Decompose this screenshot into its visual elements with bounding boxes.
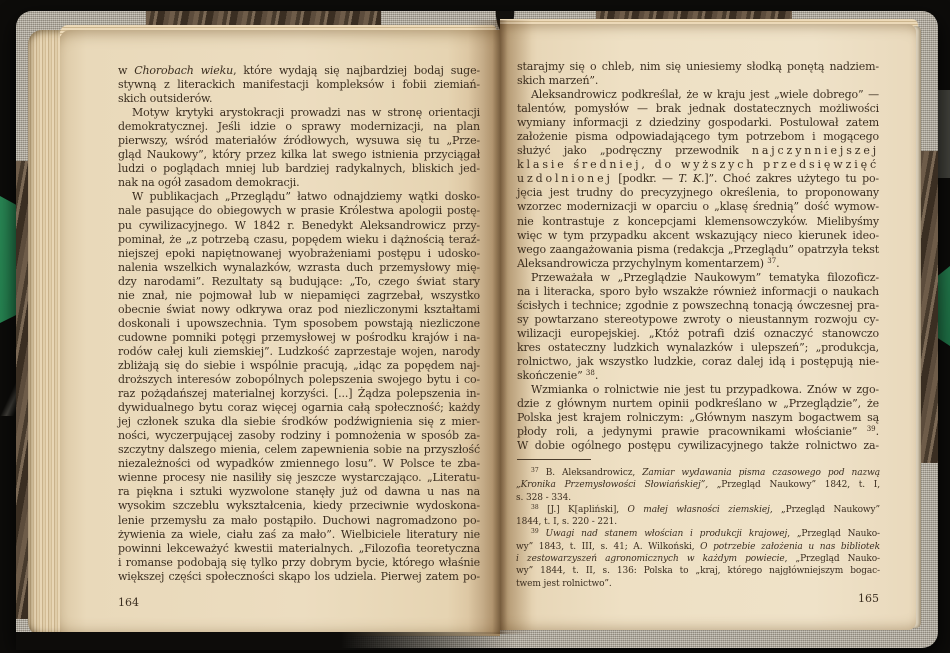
text-line: nale pasujące do obiegowych w prasie Kró… [118,204,480,218]
text-segment: 37 [767,257,776,265]
text-segment: Zamiar wydawania pisma czasowego pod naz… [642,468,880,478]
text-segment: Przeważała w „Przeglądzie Naukowym” tema… [531,271,879,284]
text-segment: ludzi o poglądach mniej lub bardziej rad… [118,162,480,175]
text-segment: powinni lekceważyć kwestii materialnych.… [118,542,480,555]
text-line: jej członek szuka dla siebie środków pod… [118,415,480,429]
text-segment: 38 [531,504,539,511]
text-segment: droższych interesów zobopólnych polepsze… [118,373,480,386]
text-line: wzorzec modernizacji w oparciu o „klasę … [517,200,879,214]
text-segment: T. K. [678,172,704,185]
text-line: doskonali i upowszechnia. Tym sposobem p… [118,317,480,331]
text-segment: ]”. Choć zakres użytego tu po- [704,172,879,185]
text-segment: nak na ogół zasadom demokracji. [118,176,299,189]
text-line: nie znał, nie pojmował lub w niepamięci … [118,289,480,303]
text-line: kres ostateczny ludzkich wynalazków i ul… [517,341,879,355]
footnote-line: s. 328 - 334. [516,492,880,504]
text-segment: większej części społeczności skąpo los u… [118,570,480,583]
text-segment: talentów, pomysłów — brak jednak dostate… [517,102,879,115]
text-line: stywną z literackich manifestacji komple… [118,78,480,92]
text-segment: skończenie” [517,369,586,382]
text-line: ności, wyczerpującej zasoby rodziny i po… [118,429,480,443]
text-line: Aleksandrowicza przychylnym komentarzem)… [517,257,879,271]
text-line: Przeważała w „Przeglądzie Naukowym” tema… [517,271,879,285]
text-line: niezależności od wypadków zmiennego losu… [118,457,480,471]
text-segment: ności, wyczerpującej zasoby rodziny i po… [118,429,480,442]
text-segment: na i literacka, sporo było wszakże równi… [517,285,879,298]
text-segment: pominał, że „z potrzebą czasu, popędem w… [118,233,480,246]
right-page-footnotes: 37 B. Aleksandrowicz, Zamiar wydawania p… [516,467,880,590]
right-page-text: starajmy się o chleb, nim się uniesiemy … [517,60,879,453]
left-page-text: w Chorobach wieku, które wydają się najb… [118,64,480,584]
text-segment: najczynniejszej [752,144,879,157]
text-segment: „Przegląd Naukowy” 1842, t. I, [717,480,880,490]
text-segment: niezależności od wypadków zmiennego losu… [118,457,480,470]
text-line: wilizacji europejskiej. „Któż potrafi dz… [517,327,879,341]
text-segment: rodów całej kuli ziemskiej”. Ludzkość za… [118,345,480,358]
text-line: ra piękna i sztuki wyzwolone stanęły już… [118,485,480,499]
text-segment: uzdolnionej [517,172,613,185]
text-line: dywidualnego bytu coraz więcej ogarnia c… [118,401,480,415]
text-segment: i romanse podobają się tylko przy dobrym… [118,556,480,569]
text-segment: , które wydają się najbardziej bodaj sug… [233,64,480,77]
text-segment: zbliżają się do siebie i wspólnie pracuj… [118,359,480,372]
text-line: dzy narodami”. Rezultaty są budujące: „T… [118,275,480,289]
text-segment: Uwagi nad stanem włościan i produkcji kr… [546,529,788,539]
text-segment: wy” 1844, t. II, s. 136: Polska to „kraj… [516,566,880,576]
text-segment: pu cywilizacyjnego. W 1842 r. Benedykt A… [118,219,480,232]
text-segment: płody roli, a jedynymi prawie pracownika… [517,425,867,438]
text-segment: s. 328 - 334. [516,493,571,503]
footnote-line: wy” 1843, t. III, s. 41; A. Wilkoński, O… [516,541,880,553]
text-segment: wysokim szczeblu wykształcenia, kiedy pr… [118,499,480,512]
text-segment: ra piękna i sztuki wyzwolone stanęły już… [118,485,480,498]
text-segment [539,529,546,539]
text-segment: 37 [531,467,539,474]
text-segment: założenie pisma odpowiadającego tym potr… [517,130,879,143]
text-segment: dzy narodami”. Rezultaty są budujące: „T… [118,275,480,288]
footnote-line: i zestowarzyszeń agronomicznych w każdym… [516,553,880,565]
text-segment: Motyw krytyki arystokracji prowadzi nas … [132,106,480,119]
text-segment: żywienia za wiele, ciału zaś za mało”. W… [118,528,480,541]
text-line: nie kontrastuje z koncepcjami klemensowc… [517,215,879,229]
text-segment: Aleksandrowicz podkreślał, że w kraju je… [531,88,879,101]
footnote-line: 1844, t. I, s. 220 - 221. [516,516,880,528]
footnote-line: „Kronika Przemysłowości Słowiańskiej”, „… [516,479,880,491]
text-segment: twem jest rolnictwo”. [516,579,612,589]
text-line: szczytny dalszego mienia, celem zapewnie… [118,443,480,457]
text-line: niejszej epoki napiętnowanej wyobrażenia… [118,247,480,261]
text-segment: doskonali i upowszechnia. Tym sposobem p… [118,317,480,330]
text-segment: Aleksandrowicza przychylnym komentarzem) [517,257,767,270]
text-segment: W dobie ogólnego postępu cywilizacyjnego… [517,439,879,452]
text-segment: szczytny dalszego mienia, celem zapewnie… [118,443,480,456]
text-line: Motyw krytyki arystokracji prowadzi nas … [118,106,480,120]
text-line: Aleksandrowicz podkreślał, że w kraju je… [517,88,879,102]
text-line: Polska jest krajem rolniczym: „Głównym n… [517,411,879,425]
text-segment: kres ostateczny ludzkich wynalazków i ul… [517,341,879,354]
text-segment: wzorzec modernizacji w oparciu o „klasę … [517,200,879,213]
text-line: rolnictwo, jak wszystko ludzkie, coraz d… [517,355,879,369]
text-line: na i literacka, sporo było wszakże równi… [517,285,879,299]
text-line: demokratycznej. Jeśli idzie o sprawy mod… [118,120,480,134]
text-segment: W publikacjach „Przeglądu” łatwo odnajdz… [132,190,480,203]
text-segment: wy” 1843, t. III, s. 41; A. Wilkoński, [516,542,700,552]
text-line: powinni lekceważyć kwestii materialnych.… [118,542,480,556]
footnote-separator [517,459,591,460]
text-segment: nale pasujące do obiegowych w prasie Kró… [118,204,480,217]
text-segment: cudowne pomniki potęgi przemysłowej w po… [118,331,480,344]
text-segment: więc w tym przypadku akcent wskazujący n… [517,229,879,242]
text-line: większej części społeczności skąpo los u… [118,570,480,584]
text-line: raz pożądańszej materialnej korzyści. [.… [118,387,480,401]
text-line: w Chorobach wieku, które wydają się najb… [118,64,480,78]
text-segment: [J.] K[apliński], [539,505,628,515]
text-line: jęcia jest trudny do precyzyjnego określ… [517,186,879,200]
text-segment: niejszej epoki napiętnowanej wyobrażenia… [118,247,480,260]
text-segment: ścisłych i technice; zgodnie z powszechn… [517,299,879,312]
text-line: sy powtarzano stereotypowe zwroty o nieu… [517,313,879,327]
text-segment: dywidualnego bytu coraz więcej ogarnia c… [118,401,480,414]
text-segment: 39 [531,528,539,535]
text-line: klasie średniej, do wyższych przedsięwzi… [517,158,879,172]
text-line: Wzmianka o rolnictwie nie jest tu przypa… [517,383,879,397]
text-segment: jej członek szuka dla siebie środków pod… [118,415,480,428]
text-line: ścisłych i technice; zgodnie z powszechn… [517,299,879,313]
right-page-number: 165 [517,592,879,605]
footnote-line: wy” 1844, t. II, s. 136: Polska to „kraj… [516,565,880,577]
text-segment: jęcia jest trudny do precyzyjnego określ… [517,186,879,199]
text-line: gląd Naukowy”, który przez kilka lat swe… [118,148,480,162]
footnote-line: 39 Uwagi nad stanem włościan i produkcji… [516,528,880,540]
text-segment: „Kronika Przemysłowości Słowiańskiej”, [516,480,717,490]
text-line: ludzi o poglądach mniej lub bardziej rad… [118,162,480,176]
text-line: pominał, że „z potrzebą czasu, popędem w… [118,233,480,247]
text-segment: O małej własności ziemskiej [628,505,770,515]
text-line: płody roli, a jedynymi prawie pracownika… [517,425,879,439]
text-line: cudowne pomniki potęgi przemysłowej w po… [118,331,480,345]
text-segment: , „Przegląd Nauko- [785,554,880,564]
text-segment: obecnie świat nowy odkrywa oraz pod niez… [118,303,480,316]
text-line: wego zaangażowania pisma (redakcja „Prze… [517,243,879,257]
text-segment: wilizacji europejskiej. „Któż potrafi dz… [517,327,879,340]
text-segment: . [776,257,779,270]
text-line: skich outsiderów. [118,92,480,106]
text-segment: [podkr. — [613,172,679,185]
text-line: nak na ogół zasadom demokracji. [118,176,480,190]
text-line: zbliżają się do siebie i wspólnie pracuj… [118,359,480,373]
text-line: rodów całej kuli ziemskiej”. Ludzkość za… [118,345,480,359]
text-line: pierwszy, wśród materiałów źródłowych, w… [118,134,480,148]
text-segment: lenie przemysłu za mało postąpiło. Ducho… [118,514,480,527]
text-line: wysokim szczeblu wykształcenia, kiedy pr… [118,499,480,513]
text-segment: i zestowarzyszeń agronomicznych w każdym… [516,554,785,564]
text-segment: , „Przegląd Naukowy” [770,505,880,515]
text-segment: klasie średniej, do wyższych przedsięwzi… [517,158,879,171]
text-segment: 38 [586,369,595,377]
text-segment: 39 [867,425,876,433]
footnote-line: 37 B. Aleksandrowicz, Zamiar wydawania p… [516,467,880,479]
text-segment: rolnictwo, jak wszystko ludzkie, coraz d… [517,355,879,368]
text-segment: wymiany informacji z dziedziny gospodark… [517,116,879,129]
text-segment: służyć jako „podręczny przewodnik [517,144,752,157]
text-segment: , „Przegląd Nauko- [787,529,880,539]
text-line: skończenie” 38. [517,369,879,383]
text-segment: demokratycznej. Jeśli idzie o sprawy mod… [118,120,480,133]
text-segment: gląd Naukowy”, który przez kilka lat swe… [118,148,480,161]
text-segment: w [118,64,134,77]
text-segment: O potrzebie założenia u nas bibliotek [700,542,880,552]
text-line: talentów, pomysłów — brak jednak dostate… [517,102,879,116]
text-line: i romanse podobają się tylko przy dobrym… [118,556,480,570]
text-line: wymiany informacji z dziedziny gospodark… [517,116,879,130]
text-line: W dobie ogólnego postępu cywilizacyjnego… [517,439,879,453]
text-segment: Chorobach wieku [134,64,233,77]
text-segment: nie znał, nie pojmował lub w niepamięci … [118,289,480,302]
text-line: służyć jako „podręczny przewodnik najczy… [517,144,879,158]
left-page-number: 164 [118,596,139,609]
text-segment: stywną z literackich manifestacji komple… [118,78,480,91]
text-segment: Wzmianka o rolnictwie nie jest tu przypa… [531,383,879,396]
text-segment: raz pożądańszej materialnej korzyści. [.… [118,387,480,400]
text-segment: starajmy się o chleb, nim się uniesiemy … [517,60,879,73]
text-segment: skich outsiderów. [118,92,212,105]
text-line: pu cywilizacyjnego. W 1842 r. Benedykt A… [118,219,480,233]
text-line: nalenia wszelkich wynalazków, wzrasta du… [118,261,480,275]
text-segment: skich marzeń”. [517,74,598,87]
bottom-shadow [16,632,516,650]
text-line: W publikacjach „Przeglądu” łatwo odnajdz… [118,190,480,204]
text-line: skich marzeń”. [517,74,879,88]
text-segment: dzie z głównym nurtem opinii podkreślano… [517,397,879,410]
text-line: droższych interesów zobopólnych polepsze… [118,373,480,387]
text-segment: Polska jest krajem rolniczym: „Głównym n… [517,411,879,424]
footnote-line: 38 [J.] K[apliński], O małej własności z… [516,504,880,516]
text-segment: wienne procesy nie nasiliły się jeszcze … [118,471,480,484]
text-line: żywienia za wiele, ciału zaś za mało”. W… [118,528,480,542]
text-segment: nie kontrastuje z koncepcjami klemensowc… [517,215,879,228]
text-segment: . [876,425,879,438]
text-line: uzdolnionej [podkr. — T. K.]”. Choć zakr… [517,172,879,186]
text-segment: nalenia wszelkich wynalazków, wzrasta du… [118,261,480,274]
text-line: więc w tym przypadku akcent wskazujący n… [517,229,879,243]
text-segment: 1844, t. I, s. 220 - 221. [516,517,617,527]
text-segment: wego zaangażowania pisma (redakcja „Prze… [517,243,879,256]
footnote-line: twem jest rolnictwo”. [516,578,880,590]
text-segment: B. Aleksandrowicz, [539,468,643,478]
text-line: obecnie świat nowy odkrywa oraz pod niez… [118,303,480,317]
text-line: założenie pisma odpowiadającego tym potr… [517,130,879,144]
text-line: dzie z głównym nurtem opinii podkreślano… [517,397,879,411]
text-segment: . [595,369,598,382]
text-segment: sy powtarzano stereotypowe zwroty o nieu… [517,313,879,326]
open-book-scan: w Chorobach wieku, które wydają się najb… [0,0,950,653]
text-line: starajmy się o chleb, nim się uniesiemy … [517,60,879,74]
text-line: lenie przemysłu za mało postąpiło. Ducho… [118,514,480,528]
text-line: wienne procesy nie nasiliły się jeszcze … [118,471,480,485]
text-segment: pierwszy, wśród materiałów źródłowych, w… [118,134,480,147]
